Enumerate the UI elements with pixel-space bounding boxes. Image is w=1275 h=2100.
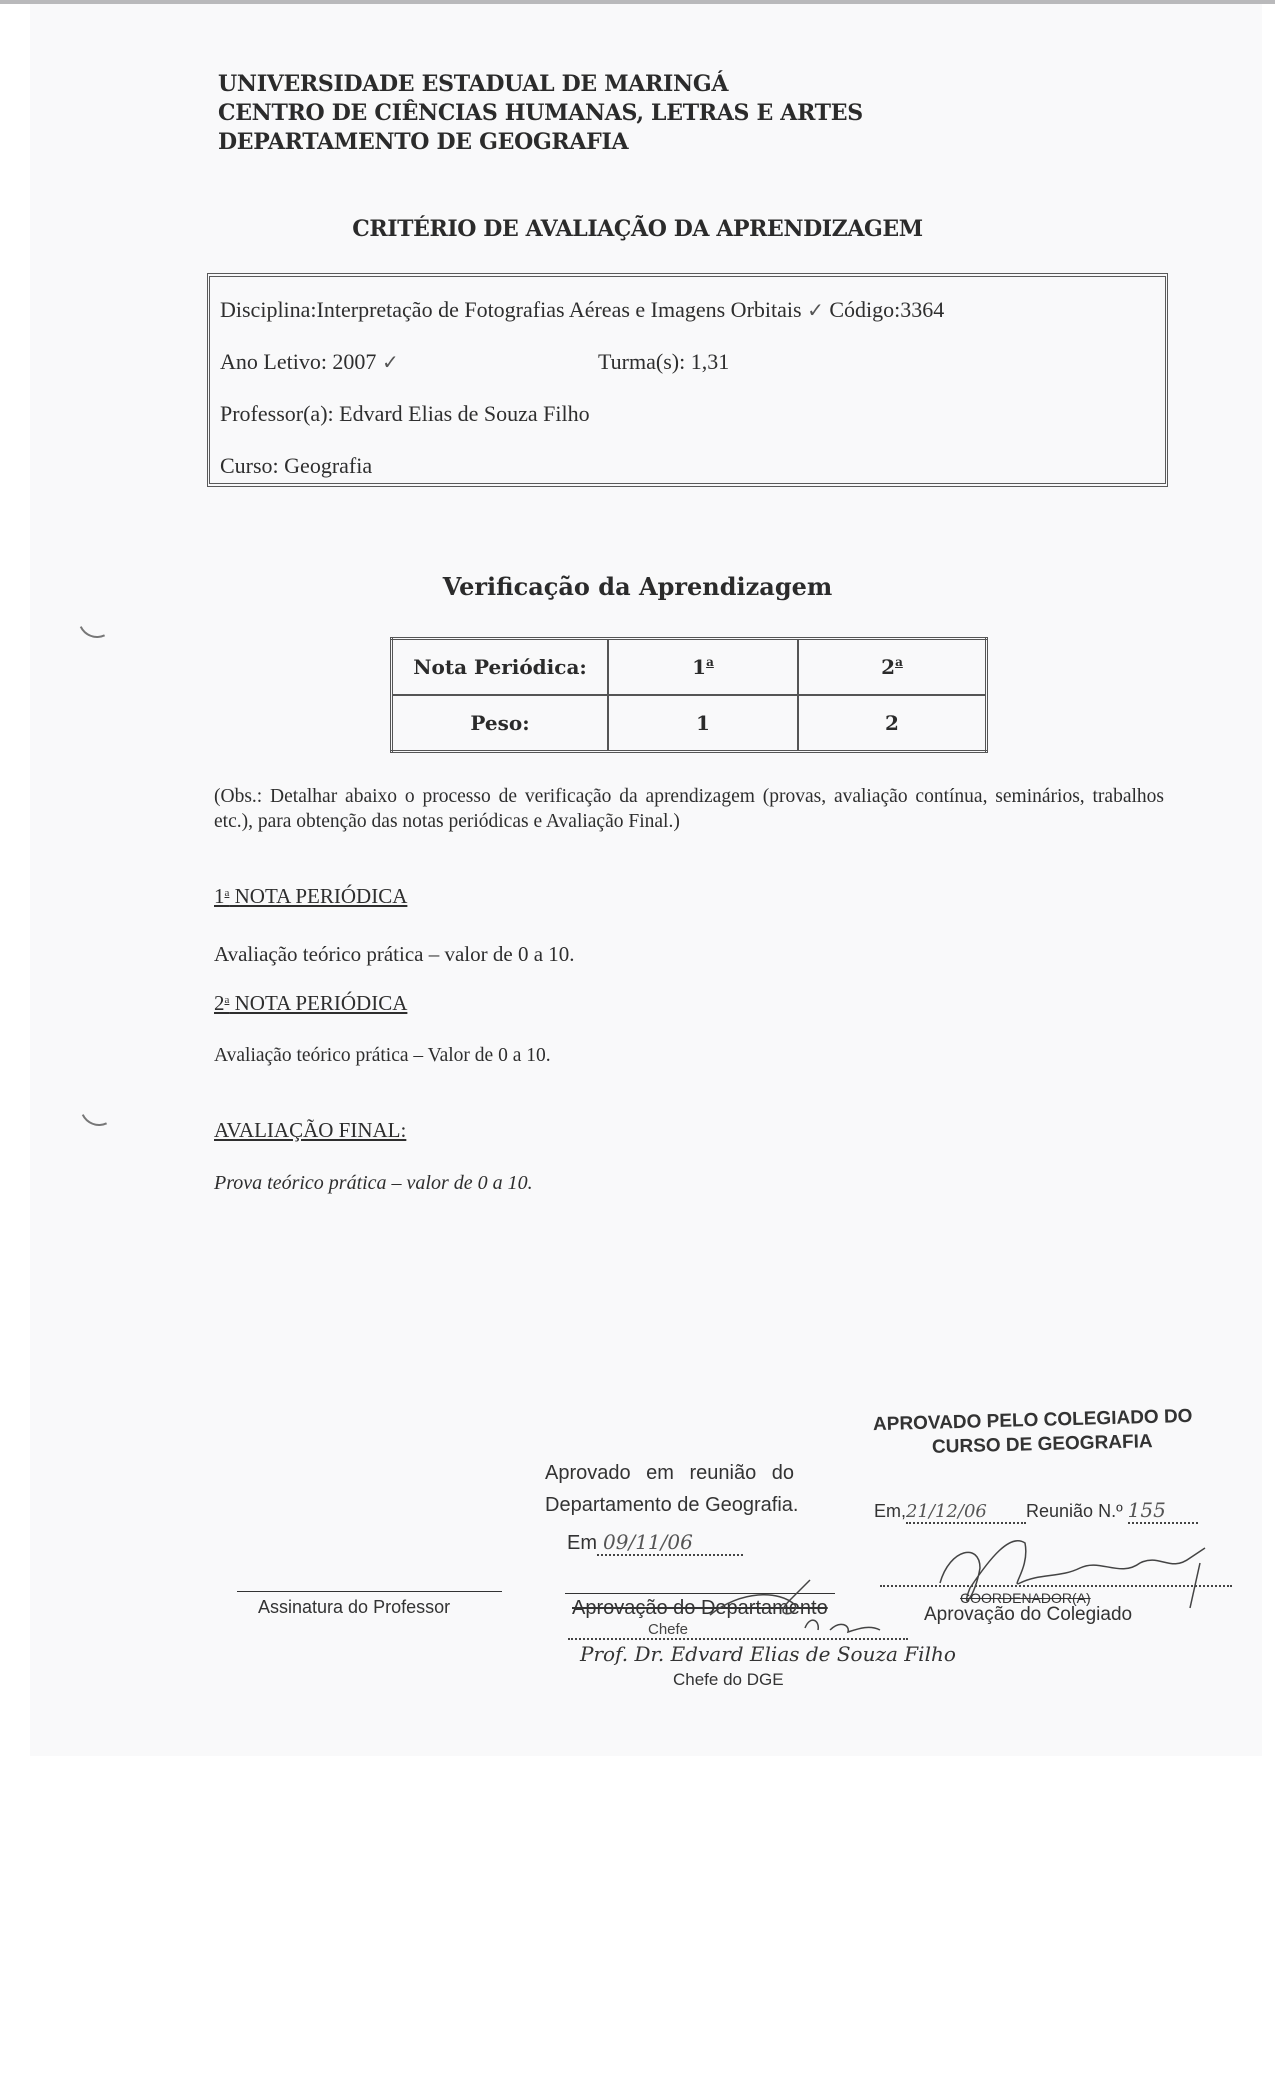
professor-signature-line bbox=[237, 1591, 502, 1592]
check-mark-icon: ✓ bbox=[382, 350, 399, 374]
section-body-2: Avaliação teórico prática – Valor de 0 a… bbox=[214, 1045, 551, 1067]
row-label-nota: Nota Periódica: bbox=[392, 639, 609, 696]
department-approval-line2: Departamento de Geografia. bbox=[545, 1494, 799, 1517]
table-row: Peso: 1 2 bbox=[392, 695, 987, 752]
colegiado-approval-label: Aprovação do Colegiado bbox=[924, 1604, 1132, 1626]
professor-field: Professor(a): Edvard Elias de Souza Filh… bbox=[220, 401, 590, 427]
section-body-1: Avaliação teórico prática – valor de 0 a… bbox=[214, 942, 575, 967]
department-name: DEPARTAMENTO DE GEOGRAFIA bbox=[218, 128, 863, 157]
curso-field: Curso: Geografia bbox=[220, 453, 372, 479]
verification-title: Verificação da Aprendizagem bbox=[0, 572, 1275, 601]
university-name: UNIVERSIDADE ESTADUAL DE MARINGÁ bbox=[218, 70, 863, 99]
grades-weight-table: Nota Periódica: 1a 2a Peso: 1 2 bbox=[390, 637, 988, 753]
check-mark-icon: ✓ bbox=[807, 298, 824, 322]
colegiado-date-handwritten: 21/12/06 bbox=[906, 1501, 1026, 1524]
row-label-peso: Peso: bbox=[392, 695, 609, 752]
department-date: Em09/11/06 bbox=[567, 1530, 743, 1556]
nota-cell: 2a bbox=[798, 639, 987, 696]
peso-cell: 2 bbox=[798, 695, 987, 752]
department-stamp-role: Chefe do DGE bbox=[673, 1670, 784, 1690]
ano-letivo-field: Ano Letivo: 2007 bbox=[220, 349, 376, 374]
institution-header: UNIVERSIDADE ESTADUAL DE MARINGÁ CENTRO … bbox=[218, 70, 863, 157]
section-heading-final: AVALIAÇÃO FINAL: bbox=[214, 1118, 406, 1143]
document-title: CRITÉRIO DE AVALIAÇÃO DA APRENDIZAGEM bbox=[0, 216, 1275, 242]
disciplina-field: Disciplina:Interpretação de Fotografias … bbox=[220, 297, 802, 322]
section-body-final: Prova teórico prática – valor de 0 a 10. bbox=[214, 1172, 533, 1195]
department-date-handwritten: 09/11/06 bbox=[597, 1530, 743, 1556]
colegiado-date-line: Em,21/12/06Reunião N.º 155 bbox=[874, 1498, 1198, 1524]
ano-letivo-line: Ano Letivo: 2007 ✓ bbox=[220, 349, 399, 375]
course-info-box: Disciplina:Interpretação de Fotografias … bbox=[207, 273, 1168, 487]
professor-signature-label: Assinatura do Professor bbox=[258, 1597, 450, 1618]
section-heading-1: 1a NOTA PERIÓDICA bbox=[214, 884, 407, 909]
turmas-field: Turma(s): 1,31 bbox=[598, 349, 729, 375]
disciplina-line: Disciplina:Interpretação de Fotografias … bbox=[220, 297, 944, 323]
peso-cell: 1 bbox=[608, 695, 798, 752]
table-row: Nota Periódica: 1a 2a bbox=[392, 639, 987, 696]
observation-note: (Obs.: Detalhar abaixo o processo de ver… bbox=[214, 784, 1164, 834]
nota-cell: 1a bbox=[608, 639, 798, 696]
coordinator-dotted-line bbox=[880, 1585, 1232, 1587]
center-name: CENTRO DE CIÊNCIAS HUMANAS, LETRAS E ART… bbox=[218, 99, 863, 128]
codigo-field: Código:3364 bbox=[829, 297, 944, 322]
department-chief-signature-scribble bbox=[700, 1570, 890, 1650]
department-approval-line1: Aprovado em reunião do bbox=[545, 1462, 794, 1485]
colegiado-reuniao-number: 155 bbox=[1128, 1498, 1198, 1524]
section-heading-2: 2a NOTA PERIÓDICA bbox=[214, 991, 407, 1016]
